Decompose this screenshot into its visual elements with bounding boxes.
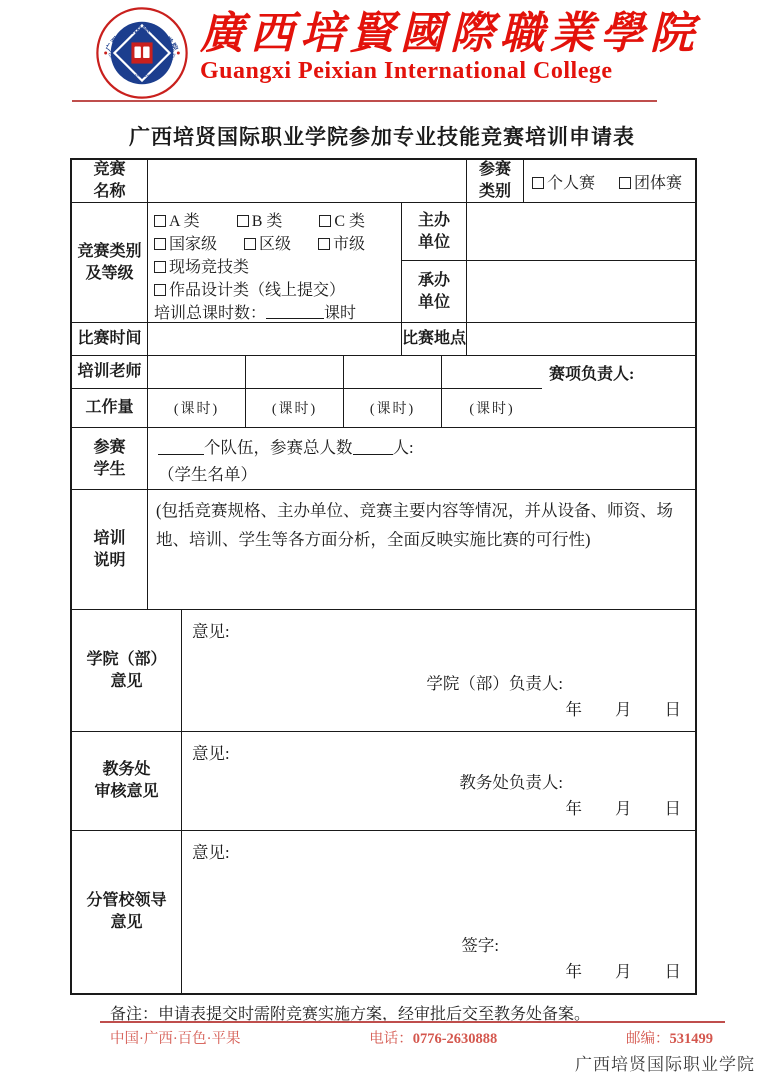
checkbox-label: 团体赛	[634, 175, 682, 192]
event-manager-input[interactable]: 赛项负责人:	[542, 356, 695, 427]
checkbox-label: 个人赛	[547, 175, 595, 192]
blank-line	[353, 441, 393, 455]
total-hours-unit: 课时	[324, 300, 356, 323]
footer-contact: 中国·广西·百色·平果 电话：0776-2630888 邮编：531499	[100, 1027, 725, 1048]
hours-unit-hint: (课时)	[272, 398, 317, 418]
competition-place-input[interactable]	[467, 323, 695, 355]
checkbox-design[interactable]: 作品设计类（线上提交）	[154, 277, 345, 300]
workload-input-2[interactable]: (课时)	[246, 389, 344, 427]
opinion-label: 意见:	[182, 839, 695, 863]
trainer-input-2[interactable]	[246, 356, 344, 388]
checkbox-icon	[532, 177, 544, 189]
footer-postal: 邮编：531499	[626, 1027, 713, 1048]
checkbox-label: 区级	[259, 236, 291, 253]
entry-category-options: 个人赛 团体赛	[524, 160, 695, 202]
checkbox-label: 市级	[333, 236, 365, 253]
footer-address: 中国·广西·百色·平果	[110, 1027, 241, 1048]
footer-divider	[100, 1021, 725, 1023]
academic-opinion-input[interactable]: 意见: 教务处负责人: 年 月 日	[182, 732, 695, 830]
checkbox-onsite[interactable]: 现场竞技类	[154, 254, 249, 277]
college-name-english: Guangxi Peixian International College	[200, 58, 700, 85]
college-name-calligraphy: 廣西培賢國際職業學院	[200, 11, 700, 57]
checkbox-icon	[619, 177, 631, 189]
leader-opinion-label: 分管校领导 意见	[72, 831, 182, 993]
students-label: 参赛 学生	[72, 428, 148, 489]
checkbox-label: 作品设计类（线上提交）	[169, 282, 345, 299]
checkbox-municipal[interactable]: 市级	[318, 231, 365, 254]
event-manager-label: 赛项负责人:	[549, 366, 634, 383]
leader-opinion-input[interactable]: 意见: 签字: 年 月 日	[182, 831, 695, 993]
checkbox-icon	[319, 215, 331, 227]
trainer-input-3[interactable]	[344, 356, 442, 388]
form-title: 广西培贤国际职业学院参加专业技能竞赛培训申请表	[0, 121, 764, 151]
date-blanks: 年 月 日	[182, 697, 681, 723]
checkbox-icon	[154, 215, 166, 227]
opinion-label: 意见:	[182, 740, 695, 764]
date-blanks: 年 月 日	[182, 796, 681, 822]
checkbox-regional[interactable]: 区级	[244, 231, 291, 254]
checkbox-individual[interactable]: 个人赛	[532, 170, 595, 193]
students-count-line: 个队伍，参赛总人数人:	[158, 434, 695, 461]
trainer-input-4[interactable]	[442, 356, 542, 388]
checkbox-label: A 类	[169, 213, 200, 230]
footer-college-name: 广西培贤国际职业学院	[575, 1050, 755, 1075]
hours-unit-hint: (课时)	[370, 398, 415, 418]
description-label: 培训 说明	[72, 490, 148, 609]
total-hours-line[interactable]: 培训总课时数：课时	[154, 300, 401, 323]
workload-input-1[interactable]: (课时)	[148, 389, 246, 427]
footer-phone: 电话：0776-2630888	[369, 1027, 497, 1048]
checkbox-icon	[154, 261, 166, 273]
organizer-label: 主办 单位	[402, 203, 467, 260]
application-form-table: 竞赛 名称 参赛 类别 个人赛 团体赛 竞赛类别 及等级 A 类 B 类 C 类…	[70, 158, 697, 995]
organizer-input[interactable]	[467, 203, 695, 260]
college-seal-logo: 广西培贤国际职业学院 GUANGXI PEIXIAN INTERNATIONAL…	[96, 7, 188, 99]
blank-line	[158, 441, 204, 455]
hours-unit-hint: (课时)	[469, 398, 514, 418]
checkbox-class-c[interactable]: C 类	[319, 208, 365, 231]
opinion-label: 意见:	[182, 618, 695, 642]
competition-name-label: 竞赛 名称	[72, 160, 148, 202]
academic-signer-label: 教务处负责人:	[182, 771, 563, 796]
competition-time-input[interactable]	[148, 323, 402, 355]
trainer-input-1[interactable]	[148, 356, 246, 388]
college-opinion-input[interactable]: 意见: 学院（部）负责人: 年 月 日	[182, 610, 695, 731]
checkbox-icon	[244, 238, 256, 250]
total-hours-label: 培训总课时数：	[154, 300, 266, 323]
academic-opinion-label: 教务处 审核意见	[72, 732, 182, 830]
checkbox-national[interactable]: 国家级	[154, 231, 217, 254]
checkbox-class-a[interactable]: A 类	[154, 208, 200, 231]
page-header: 广西培贤国际职业学院 GUANGXI PEIXIAN INTERNATIONAL…	[0, 0, 764, 99]
checkbox-icon	[318, 238, 330, 250]
date-blanks: 年 月 日	[182, 959, 681, 985]
checkbox-class-b[interactable]: B 类	[237, 208, 283, 231]
description-input[interactable]: (包括竞赛规格、主办单位、竞赛主要内容等情况，并从设备、师资、场地、培训、学生等…	[148, 490, 695, 609]
checkbox-team[interactable]: 团体赛	[619, 170, 682, 193]
hours-unit-hint: (课时)	[174, 398, 219, 418]
trainers-label: 培训老师	[72, 356, 148, 388]
students-list-hint: （学生名单）	[158, 461, 695, 488]
college-signer-label: 学院（部）负责人:	[182, 672, 563, 697]
students-input[interactable]: 个队伍，参赛总人数人: （学生名单）	[148, 428, 695, 489]
workload-input-4[interactable]: (课时)	[442, 389, 542, 427]
blank-line	[266, 305, 324, 319]
checkbox-label: 现场竞技类	[169, 259, 249, 276]
header-divider	[72, 100, 657, 102]
undertaker-label: 承办 单位	[402, 261, 467, 322]
book-icon	[134, 47, 140, 59]
workload-input-3[interactable]: (课时)	[344, 389, 442, 427]
competition-time-label: 比赛时间	[72, 323, 148, 355]
undertaker-input[interactable]	[467, 261, 695, 322]
checkbox-label: B 类	[252, 213, 283, 230]
checkbox-icon	[154, 238, 166, 250]
category-level-options: A 类 B 类 C 类 国家级 区级 市级 现场竞技类 作品设计类（线上提交） …	[148, 203, 402, 322]
competition-name-input[interactable]	[148, 160, 467, 202]
signature-label: 签字:	[182, 934, 499, 959]
checkbox-icon	[154, 284, 166, 296]
workload-label: 工作量	[72, 389, 148, 427]
checkbox-label: 国家级	[169, 236, 217, 253]
checkbox-label: C 类	[334, 213, 365, 230]
entry-category-label: 参赛 类别	[467, 160, 524, 202]
checkbox-icon	[237, 215, 249, 227]
description-hint: (包括竞赛规格、主办单位、竞赛主要内容等情况，并从设备、师资、场地、培训、学生等…	[156, 501, 673, 549]
competition-place-label: 比赛地点	[402, 323, 467, 355]
college-opinion-label: 学院（部） 意见	[72, 610, 182, 731]
category-level-label: 竞赛类别 及等级	[72, 203, 148, 322]
